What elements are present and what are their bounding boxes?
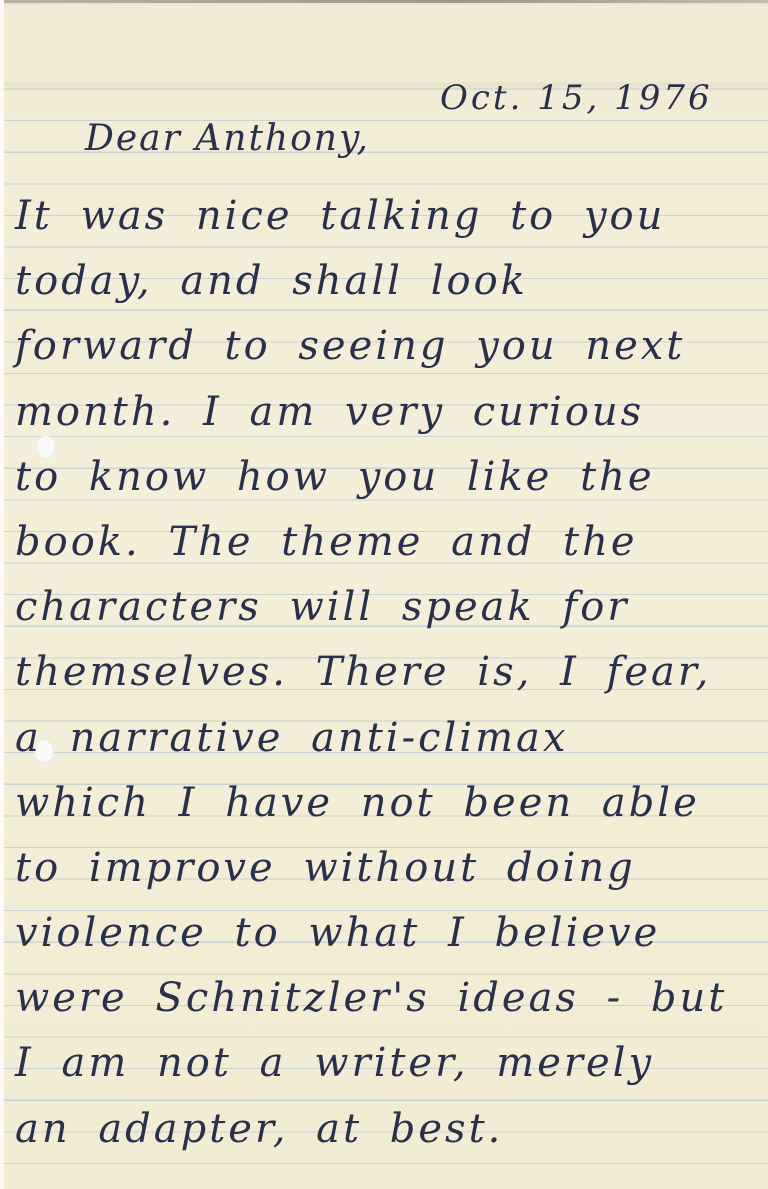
letter-page: Oct. 15, 1976 Dear Anthony, It was nice …	[0, 0, 768, 1189]
paper-top-edge	[0, 0, 768, 3]
body-line: a narrative anti-climax	[15, 708, 755, 773]
letter-date: Oct. 15, 1976	[440, 78, 713, 118]
letter-body: It was nice talking to you today, and sh…	[15, 186, 755, 1164]
body-line: forward to seeing you next	[15, 316, 755, 381]
body-line: themselves. There is, I fear,	[15, 642, 755, 707]
body-line: characters will speak for	[15, 577, 755, 642]
body-line: I am not a writer, merely	[15, 1033, 755, 1098]
body-line: violence to what I believe	[15, 903, 755, 968]
letter-salutation: Dear Anthony,	[85, 118, 370, 159]
body-line: It was nice talking to you	[15, 186, 755, 251]
body-line: today, and shall look	[15, 251, 755, 316]
body-line: an adapter, at best.	[15, 1099, 755, 1164]
paper-left-edge	[0, 0, 4, 1189]
body-line: to know how you like the	[15, 447, 755, 512]
body-line: book. The theme and the	[15, 512, 755, 577]
body-line: were Schnitzler's ideas - but	[15, 968, 755, 1033]
body-line: to improve without doing	[15, 838, 755, 903]
body-line: month. I am very curious	[15, 382, 755, 447]
body-line: which I have not been able	[15, 773, 755, 838]
